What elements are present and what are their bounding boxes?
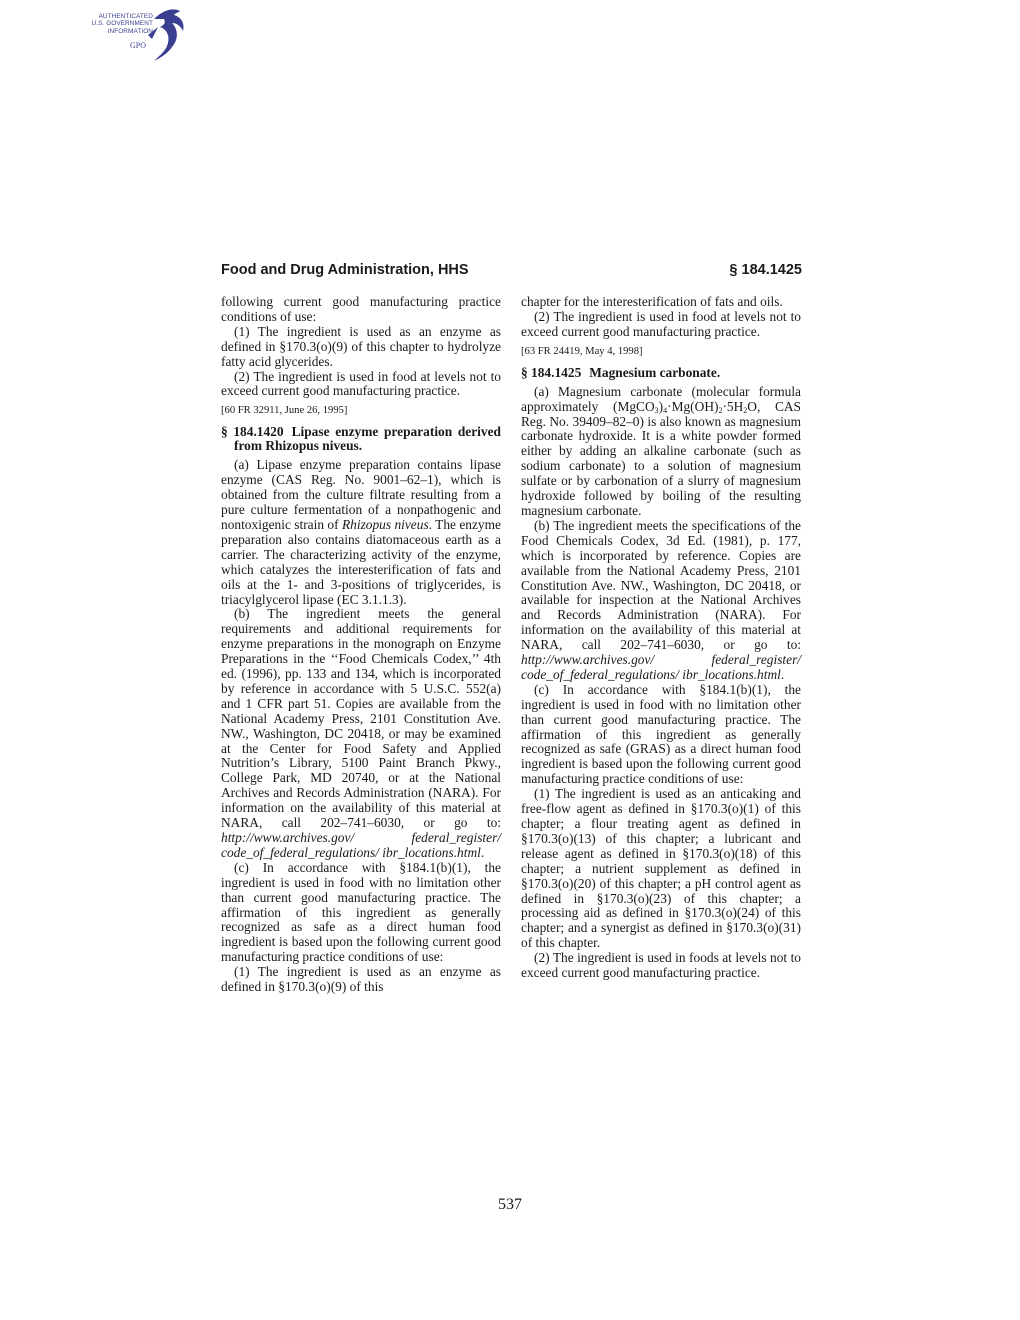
text: (b) The ingredient meets the general req… xyxy=(221,606,501,830)
paragraph: (2) The ingredient is used in food at le… xyxy=(521,310,801,340)
paragraph-c: (c) In accordance with §184.1(b)(1), the… xyxy=(521,683,801,787)
paragraph-a: (a) Lipase enzyme preparation contains l… xyxy=(221,458,501,607)
page-number: 537 xyxy=(498,1196,522,1214)
paragraph-c1: (1) The ingredient is used as an enzyme … xyxy=(221,965,501,995)
gpo-authentication-logo: AUTHENTICATED U.S. GOVERNMENT INFORMATIO… xyxy=(78,5,190,61)
eagle-icon xyxy=(148,5,188,63)
section-title: Magnesium carbonate. xyxy=(589,365,720,380)
paragraph-c2: (2) The ingredient is used in foods at l… xyxy=(521,951,801,981)
agency-heading: Food and Drug Administration, HHS xyxy=(221,262,469,278)
paragraph-a: (a) Magnesium carbonate (molecular formu… xyxy=(521,385,801,519)
citation: [63 FR 24419, May 4, 1998] xyxy=(521,345,801,358)
right-column: chapter for the interesterification of f… xyxy=(521,295,801,981)
text: ·Mg(OH) xyxy=(667,399,718,414)
text: . xyxy=(781,667,784,682)
paragraph-b: (b) The ingredient meets the specificati… xyxy=(521,519,801,683)
logo-line-1: AUTHENTICATED xyxy=(78,13,153,20)
paragraph: (1) The ingredient is used as an enzyme … xyxy=(221,325,501,370)
paragraph-c1: (1) The ingredient is used as an anticak… xyxy=(521,787,801,951)
paragraph-b: (b) The ingredient meets the general req… xyxy=(221,607,501,860)
text: . xyxy=(481,845,484,860)
archives-link[interactable]: http://www.archives.gov/ federal_registe… xyxy=(221,830,501,860)
paragraph: chapter for the interesterification of f… xyxy=(521,295,801,310)
citation: [60 FR 32911, June 26, 1995] xyxy=(221,404,501,417)
section-number: § 184.1425 xyxy=(521,365,581,380)
text: O, CAS Reg. No. 39409–82–0) is also know… xyxy=(521,399,801,518)
paragraph: (2) The ingredient is used in food at le… xyxy=(221,370,501,400)
section-title-184-1425: § 184.1425Magnesium carbonate. xyxy=(521,366,801,380)
logo-gpo: GPO xyxy=(130,41,146,50)
paragraph-c: (c) In accordance with §184.1(b)(1), the… xyxy=(221,861,501,965)
text: (b) The ingredient meets the specificati… xyxy=(521,518,801,652)
left-column: following current good manufacturing pra… xyxy=(221,295,501,995)
section-number: § 184.1420 xyxy=(221,424,284,439)
text: ·5H xyxy=(722,399,743,414)
logo-line-3: INFORMATION xyxy=(78,28,153,35)
section-heading: § 184.1425 xyxy=(729,262,802,278)
section-title-184-1420: § 184.1420Lipase enzyme preparation deri… xyxy=(221,425,501,453)
running-header: Food and Drug Administration, HHS § 184.… xyxy=(221,262,802,284)
logo-line-2: U.S. GOVERNMENT xyxy=(78,20,153,27)
paragraph: following current good manufacturing pra… xyxy=(221,295,501,325)
archives-link[interactable]: http://www.archives.gov/ federal_registe… xyxy=(521,652,801,682)
logo-text: AUTHENTICATED U.S. GOVERNMENT INFORMATIO… xyxy=(78,13,153,35)
species-name: Rhizopus niveus xyxy=(342,517,429,532)
